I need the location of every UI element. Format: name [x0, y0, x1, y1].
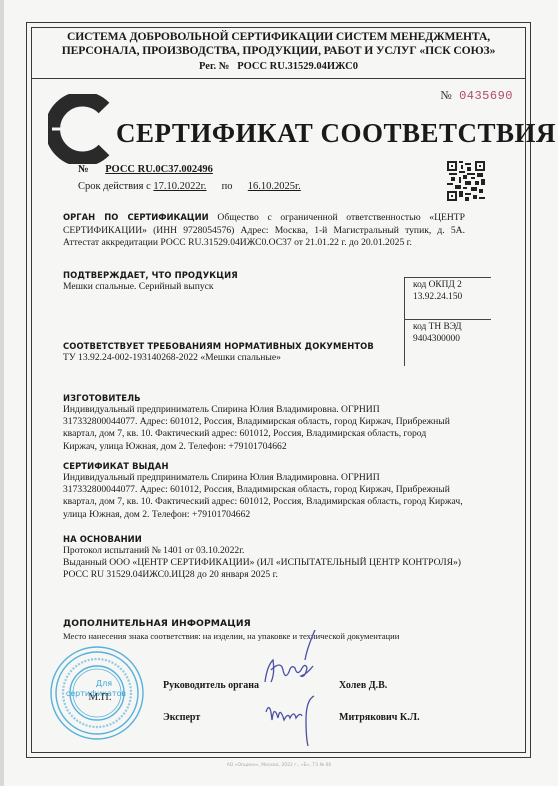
requirements-section: СООТВЕТСТВУЕТ ТРЕБОВАНИЯМ НОРМАТИВНЫХ ДО… [63, 340, 493, 364]
serial-value: 0435690 [459, 89, 513, 103]
system-name-line-2: ПЕРСОНАЛА, ПРОИЗВОДСТВА, ПРОДУКЦИИ, РАБО… [31, 44, 526, 58]
scan-edge [0, 0, 4, 786]
certification-body-section: ОРГАН ПО СЕРТИФИКАЦИИ Общество с огранич… [63, 211, 465, 250]
registration-number: РОСС RU.31529.04ИЖС0 [237, 61, 358, 72]
svg-text:М.П.: М.П. [88, 691, 111, 703]
validity-to-label: по [222, 181, 233, 192]
requirements-heading: СООТВЕТСТВУЕТ ТРЕБОВАНИЯМ НОРМАТИВНЫХ ДО… [63, 340, 493, 352]
expert-signature-icon [262, 690, 322, 755]
issued-to-line: Индивидуальный предприниматель Спирина Ю… [63, 472, 493, 484]
system-name-line-1: СИСТЕМА ДОБРОВОЛЬНОЙ СЕРТИФИКАЦИИ СИСТЕМ… [31, 30, 526, 44]
okpd2-label: код ОКПД 2 [413, 280, 491, 292]
manufacturer-line: Киржач, улица Южная, дом 2. Телефон: +79… [63, 441, 493, 453]
issued-to-line: 317332800044077. Адрес: 601012, Россия, … [63, 484, 493, 496]
expert-role-label: Эксперт [163, 712, 200, 723]
valid-to-date: 16.10.2025г. [248, 181, 301, 192]
certificate-number: № РОСС RU.0С37.002496 [78, 164, 213, 175]
document-title: СЕРТИФИКАТ СООТВЕТСТВИЯ [116, 118, 556, 149]
additional-info-heading: ДОПОЛНИТЕЛЬНАЯ ИНФОРМАЦИЯ [63, 618, 493, 630]
qr-code-icon[interactable] [447, 161, 485, 201]
requirements-text: ТУ 13.92.24-002-193140268-2022 «Мешки сп… [63, 352, 493, 364]
head-signature-icon [255, 630, 325, 695]
issued-to-line: квартал, дом 7, кв. 10. Фактический адре… [63, 496, 493, 508]
head-name: Холев Д.В. [339, 680, 387, 691]
basis-line: РОСС RU 31529.04ИЖС0.ИЦ28 до 20 января 2… [63, 569, 493, 581]
validity-label: Срок действия с [78, 181, 151, 192]
certification-body-heading: ОРГАН ПО СЕРТИФИКАЦИИ [63, 212, 209, 222]
basis-line: Протокол испытаний № 1401 от 03.10.2022г… [63, 545, 493, 557]
basis-line: Выданный ООО «ЦЕНТР СЕРТИФИКАЦИИ» (ИЛ «И… [63, 557, 493, 569]
form-serial-number: № 0435690 [440, 88, 513, 103]
system-registration: Рег. № РОСС RU.31529.04ИЖС0 [31, 59, 526, 74]
okpd2-code: код ОКПД 2 13.92.24.150 [405, 277, 491, 319]
manufacturer-section: ИЗГОТОВИТЕЛЬ Индивидуальный предпринимат… [63, 392, 493, 453]
certificate-number-value: РОСС RU.0С37.002496 [105, 164, 213, 175]
basis-heading: НА ОСНОВАНИИ [63, 533, 493, 545]
manufacturer-line: 317332800044077. Адрес: 601012, Россия, … [63, 416, 493, 428]
manufacturer-heading: ИЗГОТОВИТЕЛЬ [63, 392, 493, 404]
euro-c-conformity-logo-icon [48, 94, 114, 164]
serial-label: № [440, 88, 451, 102]
certificate-number-label: № [78, 164, 89, 175]
registration-label: Рег. № [199, 61, 229, 72]
printer-imprint: АО «Опцион», Москва, 2022 г., «Б», ТЗ № … [0, 763, 558, 768]
okpd2-value: 13.92.24.150 [413, 292, 491, 304]
head-role-label: Руководитель органа [163, 680, 259, 691]
manufacturer-line: квартал, дом 7, кв. 10. Фактический адре… [63, 428, 493, 440]
svg-text:Для: Для [96, 679, 112, 688]
official-seal-stamp-icon: Для сертификатов М.П. [48, 644, 146, 742]
basis-section: НА ОСНОВАНИИ Протокол испытаний № 1401 о… [63, 533, 493, 582]
tnved-label: код ТН ВЭД [413, 322, 491, 334]
manufacturer-line: Индивидуальный предприниматель Спирина Ю… [63, 404, 493, 416]
issued-to-heading: СЕРТИФИКАТ ВЫДАН [63, 460, 493, 472]
issuing-system-header: СИСТЕМА ДОБРОВОЛЬНОЙ СЕРТИФИКАЦИИ СИСТЕМ… [31, 27, 526, 79]
validity-period: Срок действия с 17.10.2022г. по 16.10.20… [78, 181, 301, 192]
expert-name: Митрякович К.Л. [339, 712, 420, 723]
issued-to-section: СЕРТИФИКАТ ВЫДАН Индивидуальный предприн… [63, 460, 493, 521]
issued-to-line: улица Южная, дом 2. Телефон: +7910170466… [63, 509, 493, 521]
valid-from-date: 17.10.2022г. [153, 181, 206, 192]
